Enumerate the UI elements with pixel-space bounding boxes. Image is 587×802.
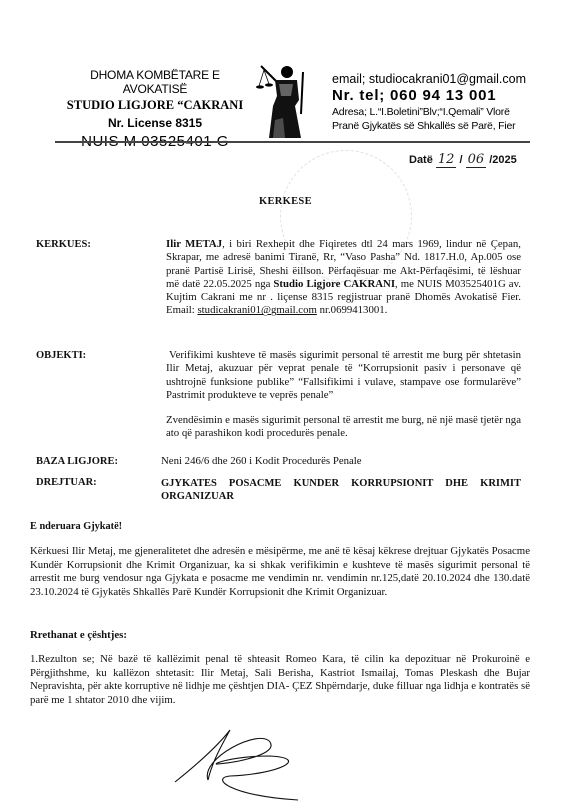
license-number: Nr. License 8315 <box>60 116 250 130</box>
date-year: /2025 <box>489 154 517 166</box>
circumstances-heading: Rrethanat e çështjes: <box>30 629 127 641</box>
date-day: 12 <box>436 152 457 168</box>
header-divider <box>55 141 530 143</box>
document-title: KERKESE <box>259 196 312 207</box>
studio-reference: Studio Ligjore <box>273 278 340 290</box>
contact-location: Pranë Gjykatës së Shkallës së Parë, Fier <box>332 120 572 132</box>
contact-phone: Nr. tel; 060 94 13 001 <box>332 87 572 104</box>
date-month: 06 <box>466 152 487 168</box>
kerkues-body: Ilir METAJ, i biri Rexhepit dhe Fiqirete… <box>166 238 521 318</box>
objekti-paragraph-2: Zvendësimin e masës sigurimit personal t… <box>166 414 521 441</box>
handwritten-signature-icon <box>170 718 300 802</box>
document-date: Datë 12 / 06 /2025 <box>409 152 517 167</box>
objekti-label: OBJEKTI: <box>36 350 86 361</box>
studio-reference-caps: CAKRANI <box>340 278 395 290</box>
drejtuar-label: DREJTUAR: <box>36 477 97 488</box>
objekti-paragraph-1: Verifikimi kushteve të masës sigurimit p… <box>166 349 521 402</box>
intro-paragraph: Kërkuesi Ilir Metaj, me gjeneralitetet d… <box>30 545 530 599</box>
studio-phone: nr.0699413001. <box>317 304 387 316</box>
studio-name: STUDIO LIGJORE “CAKRANI <box>60 98 250 113</box>
chamber-name: DHOMA KOMBËTARE E AVOKATISË <box>60 68 250 96</box>
kerkues-label: KERKUES: <box>36 239 91 250</box>
baza-ligjore-label: BAZA LIGJORE: <box>36 456 118 467</box>
applicant-name: Ilir METAJ <box>166 238 222 250</box>
date-label: Datë <box>409 154 433 166</box>
studio-email-link[interactable]: studicakrani01@gmail.com <box>197 304 316 316</box>
circumstances-paragraph: 1.Rezulton se; Në bazë të kallëzimit pen… <box>30 653 530 707</box>
baza-ligjore-text: Neni 246/6 dhe 260 i Kodit Procedurës Pe… <box>161 455 516 468</box>
letterhead-left: DHOMA KOMBËTARE E AVOKATISË STUDIO LIGJO… <box>60 68 250 150</box>
lady-justice-icon <box>255 60 315 138</box>
contact-email: email; studiocakrani01@gmail.com <box>332 72 572 86</box>
salutation: E nderuara Gjykatë! <box>30 521 122 532</box>
letterhead-right: email; studiocakrani01@gmail.com Nr. tel… <box>332 72 572 132</box>
drejtuar-text: GJYKATES POSACME KUNDER KORRUPSIONIT DHE… <box>161 477 521 503</box>
contact-address: Adresa; L.“I.Boletini”Blv;“I.Qemali” Vlo… <box>332 106 572 118</box>
